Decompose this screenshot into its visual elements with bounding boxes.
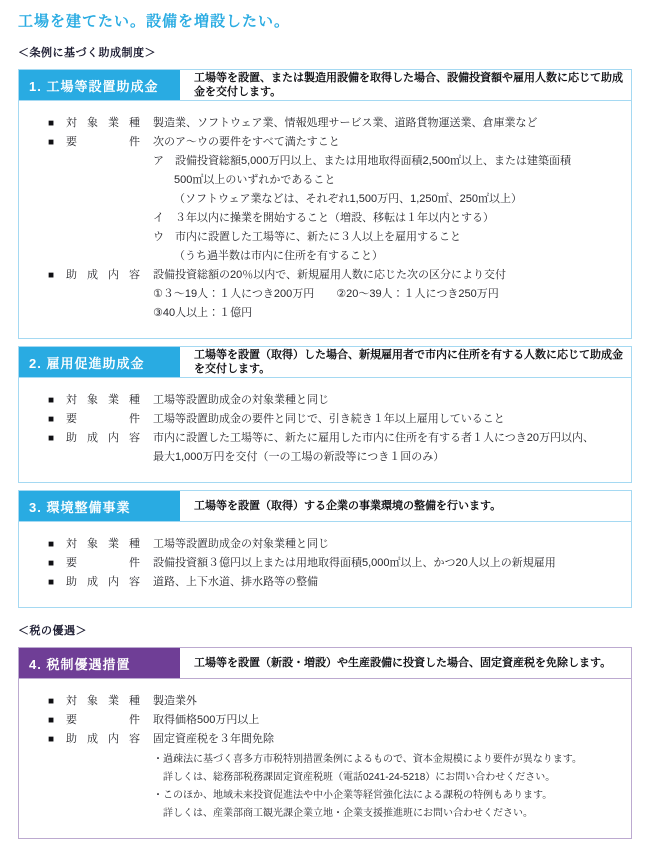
grant-row: ■ 助成内容 設備投資総額の20％以内で、新規雇用人数に応じた次の区分により交付 [48, 266, 621, 285]
section-body: ■ 対象業種 製造業、ソフトウェア業、情報処理サービス業、道路貨物運送業、倉庫業… [19, 101, 631, 338]
section-environment-improvement: 3. 環境整備事業 工場等を設置（取得）する企業の事業環境の整備を行います。 ■… [18, 490, 632, 608]
square-bullet-icon: ■ [48, 573, 66, 592]
square-bullet-icon: ■ [48, 266, 66, 285]
row-text: 固定資産税を３年間免除 [153, 730, 621, 749]
document-page: 工場を建てたい。設備を増設したい。 ＜条例に基づく助成制度＞ 1. 工場等設置助… [0, 0, 650, 848]
note-line: 詳しくは、産業部商工観光課企業立地・企業支援推進班にお問い合わせください。 [153, 805, 621, 823]
group-heading-tax: ＜税の優遇＞ [18, 622, 632, 638]
row-text: 製造業、ソフトウェア業、情報処理サービス業、道路貨物運送業、倉庫業など [153, 114, 621, 133]
section-title: 1. 工場等設置助成金 [19, 70, 180, 100]
row-label: 要件 [66, 410, 140, 429]
row-label: 対象業種 [66, 535, 140, 554]
row-label: 要件 [66, 711, 140, 730]
section-summary: 工場等を設置（取得）した場合、新規雇用者で市内に住所を有する人数に応じて助成金を… [180, 347, 631, 377]
row-text: 設備投資額３億円以上または用地取得面積5,000㎡以上、かつ20人以上の新規雇用 [153, 554, 621, 573]
page-title: 工場を建てたい。設備を増設したい。 [18, 10, 632, 31]
grant-tiers-line: ①３〜19人：１人につき200万円 ②20〜39人：１人につき250万円 [48, 285, 621, 304]
row-label: 助成内容 [66, 730, 140, 749]
section-summary: 工場等を設置、または製造用設備を取得した場合、設備投資額や雇用人数に応じて助成金… [180, 70, 631, 100]
section-summary: 工場等を設置（新設・増設）や生産設備に投資した場合、固定資産税を免除します。 [180, 648, 631, 678]
square-bullet-icon: ■ [48, 730, 66, 749]
section-body: ■ 対象業種 工場等設置助成金の対象業種と同じ ■ 要件 工場等設置助成金の要件… [19, 378, 631, 482]
row-text: 工場等設置助成金の対象業種と同じ [153, 535, 621, 554]
section-title: 2. 雇用促進助成金 [19, 347, 180, 377]
row-label: 要件 [66, 554, 140, 573]
requirement-row: ■ 要件 工場等設置助成金の要件と同じで、引き続き１年以上雇用していること [48, 410, 621, 429]
square-bullet-icon: ■ [48, 114, 66, 133]
grant-tier3-line: ③40人以上：１億円 [48, 304, 621, 323]
grant-cont-line: 最大1,000万円を交付（一の工場の新設等につき１回のみ） [48, 448, 621, 467]
requirement-item-c-note: （うち過半数は市内に住所を有すること） [48, 247, 621, 266]
row-label: 助成内容 [66, 573, 140, 592]
row-text: 取得価格500万円以上 [153, 711, 621, 730]
section-body: ■ 対象業種 製造業外 ■ 要件 取得価格500万円以上 ■ 助成内容 固定資産… [19, 679, 631, 838]
section-summary: 工場等を設置（取得）する企業の事業環境の整備を行います。 [180, 491, 631, 521]
group-heading-ordinance: ＜条例に基づく助成制度＞ [18, 44, 632, 60]
square-bullet-icon: ■ [48, 554, 66, 573]
row-label: 対象業種 [66, 114, 140, 133]
requirement-item-a: ア 設備投資総額5,000万円以上、または用地取得面積2,500㎡以上、または建… [48, 152, 621, 171]
square-bullet-icon: ■ [48, 410, 66, 429]
requirement-item-b: イ ３年以内に操業を開始すること（増設、移転は１年以内とする） [48, 209, 621, 228]
row-label: 対象業種 [66, 391, 140, 410]
square-bullet-icon: ■ [48, 429, 66, 448]
row-label: 要件 [66, 133, 140, 152]
note-line: ・このほか、地域未来投資促進法や中小企業等経営強化法による課税の特例もあります。 [153, 787, 621, 805]
section-body: ■ 対象業種 工場等設置助成金の対象業種と同じ ■ 要件 設備投資額３億円以上ま… [19, 522, 631, 607]
row-label: 助成内容 [66, 429, 140, 448]
section-title: 4. 税制優遇措置 [19, 648, 180, 678]
row-text: 工場等設置助成金の対象業種と同じ [153, 391, 621, 410]
row-text: 工場等設置助成金の要件と同じで、引き続き１年以上雇用していること [153, 410, 621, 429]
square-bullet-icon: ■ [48, 535, 66, 554]
note-line: ・過疎法に基づく喜多方市税特別措置条例によるもので、資本金規模により要件が異なり… [153, 751, 621, 769]
square-bullet-icon: ■ [48, 391, 66, 410]
section-header: 1. 工場等設置助成金 工場等を設置、または製造用設備を取得した場合、設備投資額… [19, 70, 631, 101]
requirement-row: ■ 要件 次のア〜ウの要件をすべて満たすこと [48, 133, 621, 152]
requirement-item-a-note: （ソフトウェア業などは、それぞれ1,500万円、1,250㎡、250㎡以上） [48, 190, 621, 209]
section-employment-promotion-subsidy: 2. 雇用促進助成金 工場等を設置（取得）した場合、新規雇用者で市内に住所を有す… [18, 346, 632, 483]
requirement-row: ■ 要件 設備投資額３億円以上または用地取得面積5,000㎡以上、かつ20人以上… [48, 554, 621, 573]
note-line: 詳しくは、総務部税務課固定資産税班（電話0241-24-5218）にお問い合わせ… [153, 769, 621, 787]
requirement-item-a-cont: 500㎡以上のいずれかであること [48, 171, 621, 190]
row-text: 道路、上下水道、排水路等の整備 [153, 573, 621, 592]
target-industries-row: ■ 対象業種 工場等設置助成金の対象業種と同じ [48, 391, 621, 410]
tax-notes: ・過疎法に基づく喜多方市税特別措置条例によるもので、資本金規模により要件が異なり… [48, 749, 621, 823]
section-tax-incentive: 4. 税制優遇措置 工場等を設置（新設・増設）や生産設備に投資した場合、固定資産… [18, 647, 632, 839]
section-title: 3. 環境整備事業 [19, 491, 180, 521]
row-text: 設備投資総額の20％以内で、新規雇用人数に応じた次の区分により交付 [153, 266, 621, 285]
square-bullet-icon: ■ [48, 711, 66, 730]
grant-row: ■ 助成内容 道路、上下水道、排水路等の整備 [48, 573, 621, 592]
row-text: 市内に設置した工場等に、新たに雇用した市内に住所を有する者１人につき20万円以内… [153, 429, 621, 448]
target-industries-row: ■ 対象業種 製造業、ソフトウェア業、情報処理サービス業、道路貨物運送業、倉庫業… [48, 114, 621, 133]
row-text: 製造業外 [153, 692, 621, 711]
grant-row: ■ 助成内容 市内に設置した工場等に、新たに雇用した市内に住所を有する者１人につ… [48, 429, 621, 448]
square-bullet-icon: ■ [48, 692, 66, 711]
row-label: 助成内容 [66, 266, 140, 285]
requirement-row: ■ 要件 取得価格500万円以上 [48, 711, 621, 730]
section-header: 4. 税制優遇措置 工場等を設置（新設・増設）や生産設備に投資した場合、固定資産… [19, 648, 631, 679]
target-industries-row: ■ 対象業種 製造業外 [48, 692, 621, 711]
section-header: 2. 雇用促進助成金 工場等を設置（取得）した場合、新規雇用者で市内に住所を有す… [19, 347, 631, 378]
grant-row: ■ 助成内容 固定資産税を３年間免除 [48, 730, 621, 749]
square-bullet-icon: ■ [48, 133, 66, 152]
section-factory-installation-subsidy: 1. 工場等設置助成金 工場等を設置、または製造用設備を取得した場合、設備投資額… [18, 69, 632, 339]
row-text: 次のア〜ウの要件をすべて満たすこと [153, 133, 621, 152]
requirement-item-c: ウ 市内に設置した工場等に、新たに３人以上を雇用すること [48, 228, 621, 247]
target-industries-row: ■ 対象業種 工場等設置助成金の対象業種と同じ [48, 535, 621, 554]
row-label: 対象業種 [66, 692, 140, 711]
section-header: 3. 環境整備事業 工場等を設置（取得）する企業の事業環境の整備を行います。 [19, 491, 631, 522]
